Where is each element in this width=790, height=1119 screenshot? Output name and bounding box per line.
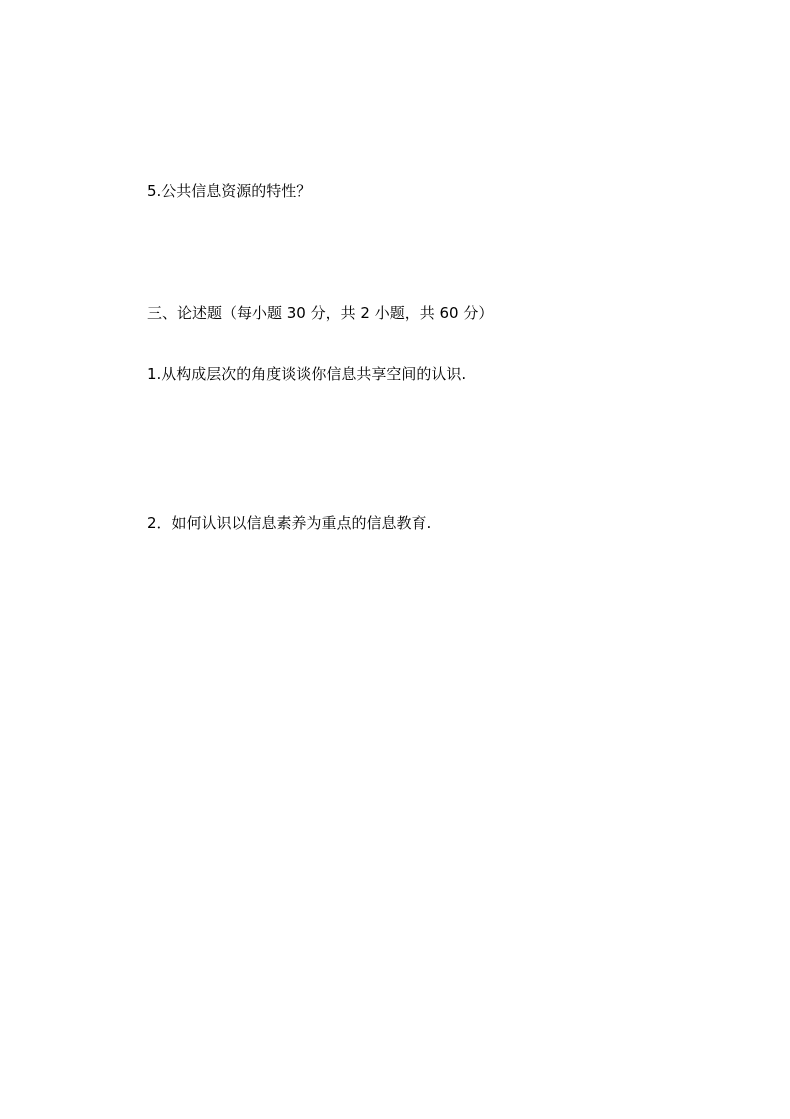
essay-question-2-text: 2．如何认识以信息素养为重点的信息教育. [147,515,431,532]
essay-question-1-text: 1.从构成层次的角度谈谈你信息共享空间的认识. [147,366,466,383]
section-3-heading: 三、论述题（每小题 30 分，共 2 小题，共 60 分） [147,305,493,322]
exam-document-page: 5.公共信息资源的特性？ 三、论述题（每小题 30 分，共 2 小题，共 60 … [0,0,790,1119]
question-5-text: 5.公共信息资源的特性？ [147,183,311,200]
